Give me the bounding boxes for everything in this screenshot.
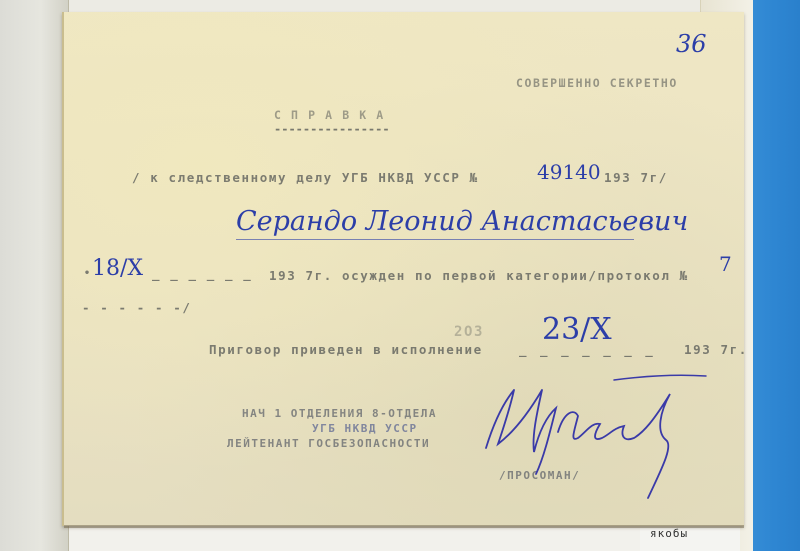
sentence-date: 18/X bbox=[92, 256, 143, 281]
sentence-text: 193 7г. осужден по первой категории/прот… bbox=[269, 268, 689, 283]
sentence-date-dashes: _ _ _ _ _ _ bbox=[152, 266, 252, 281]
classification-label: СОВЕРШЕННО СЕКРЕТНО bbox=[516, 76, 678, 90]
title-underline: ---------------- bbox=[274, 122, 390, 136]
signature-title-line3: ЛЕЙТЕНАНТ ГОСБЕЗОПАСНОСТИ bbox=[227, 437, 430, 450]
person-name: Серандо Леонид Анастасьевич bbox=[236, 206, 688, 237]
page-number: 36 bbox=[676, 30, 707, 58]
document-title: С П Р А В К А bbox=[274, 108, 385, 122]
sentence-continuation: - - - - - -/ bbox=[82, 300, 192, 315]
case-number: 49140 bbox=[537, 160, 601, 184]
case-line-prefix: / к следственному делу УГБ НКВД УССР № bbox=[132, 170, 479, 185]
bottom-card-text: якобы bbox=[650, 527, 688, 540]
left-folder-page bbox=[0, 0, 69, 551]
case-line-suffix: 193 7г/ bbox=[604, 170, 668, 185]
name-underline bbox=[236, 239, 634, 240]
signature-title-line1: НАЧ 1 ОТДЕЛЕНИЯ 8-ОТДЕЛА bbox=[242, 407, 437, 420]
handwritten-signature-icon bbox=[474, 372, 734, 502]
protocol-number: 7 bbox=[719, 252, 732, 276]
document-sheet: 36 СОВЕРШЕННО СЕКРЕТНО С П Р А В К А ---… bbox=[62, 12, 744, 526]
faint-stamp: 2ОЗ bbox=[454, 324, 484, 340]
bullet: • bbox=[84, 268, 92, 279]
execution-year: 193 7г. bbox=[684, 342, 748, 357]
execution-text: Приговор приведен в исполнение bbox=[209, 342, 483, 357]
execution-date: 23/X bbox=[542, 312, 612, 347]
signature-title-line2: УГБ НКВД УССР bbox=[312, 422, 418, 435]
